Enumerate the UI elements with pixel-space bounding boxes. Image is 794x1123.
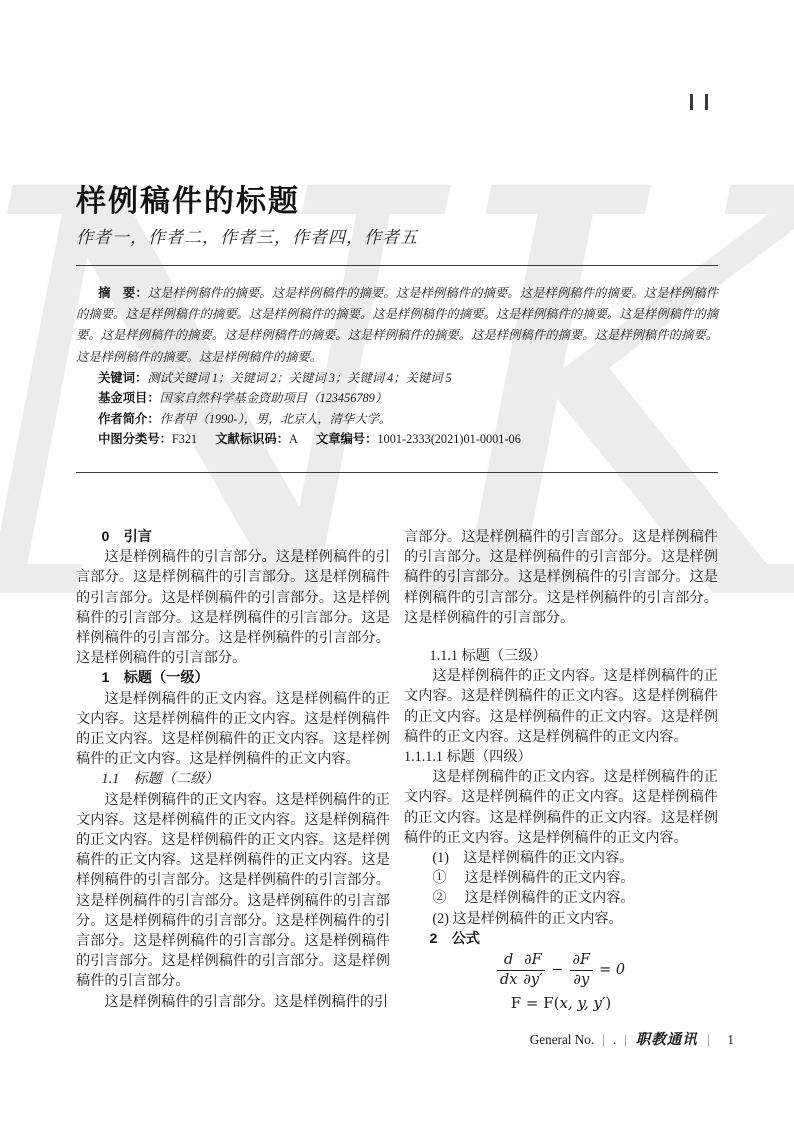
keywords-label: 关键词： — [98, 371, 147, 385]
section-heading-level1: 1 标题（一级） — [76, 668, 390, 688]
keywords-text: 测试关键词 1；关键词 2；关键词 3；关键词 4；关键词 5 — [147, 371, 451, 385]
horizontal-rule-bottom — [76, 472, 718, 473]
doc-code-value: A — [289, 432, 298, 446]
article-id-value: 1001-2333(2021)01-0001-06 — [377, 432, 520, 446]
footer-dot: . — [613, 1032, 616, 1047]
doc-code-label: 文献标识码： — [215, 432, 289, 446]
paragraph-continued: 言部分。这是样例稿件的引言部分。这是样例稿件的引言部分。这是样例稿件的引言部分。… — [404, 527, 718, 628]
list-item: (1) 这是样例稿件的正文内容。 — [404, 848, 718, 868]
author-bio-line: 作者简介：作者甲（1990-），男，北京人，清华大学。 — [76, 409, 718, 429]
footer-general-no: General No. — [530, 1032, 594, 1047]
section-heading-level1: 0 引言 — [76, 527, 390, 547]
article-id-label: 文章编号： — [316, 432, 378, 446]
bio-label: 作者简介： — [98, 412, 160, 426]
right-column: 言部分。这是样例稿件的引言部分。这是样例稿件的引言部分。这是样例稿件的引言部分。… — [404, 527, 718, 1012]
fund-label: 基金项目： — [98, 391, 160, 405]
left-column: 0 引言这是样例稿件的引言部分。这是样例稿件的引言部分。这是样例稿件的引言部分。… — [76, 527, 390, 1012]
page-footer: General No.|.|职教通讯|1 — [404, 1028, 734, 1049]
function-definition-formula: F = F(x, y, y′) — [404, 994, 718, 1012]
paragraph: 这是样例稿件的引言部分。这是样例稿件的引言部分。这是样例稿件的引言部分。这是样例… — [76, 547, 390, 668]
author-list: 作者一，作者二，作者三，作者四，作者五 — [76, 223, 418, 248]
article-title: 样例稿件的标题 — [76, 176, 300, 220]
footer-journal-name: 职教通讯 — [636, 1032, 698, 1048]
footer-separator: | — [603, 1032, 605, 1048]
abstract-paragraph: 摘 要：这是样例稿件的摘要。这是样例稿件的摘要。这是样例稿件的摘要。这是样例稿件… — [76, 283, 718, 368]
clc-value: F321 — [172, 432, 197, 446]
euler-lagrange-formula: ddx∂F∂y′−∂F∂y= 0 — [404, 952, 718, 988]
fund-line: 基金项目：国家自然科学基金资助项目（123456789） — [76, 388, 718, 408]
vertical-bar-icon — [690, 94, 693, 110]
horizontal-rule-top — [76, 265, 718, 266]
list-item: ① 这是样例稿件的正文内容。 — [404, 868, 718, 888]
fraction: ∂F∂y′ — [520, 952, 545, 988]
abstract-text: 这是样例稿件的摘要。这是样例稿件的摘要。这是样例稿件的摘要。这是样例稿件的摘要。… — [76, 286, 718, 364]
footer-separator: | — [625, 1032, 627, 1048]
keywords-line: 关键词：测试关键词 1；关键词 2；关键词 3；关键词 4；关键词 5 — [76, 368, 718, 388]
fund-text: 国家自然科学基金资助项目（123456789） — [160, 391, 388, 405]
vertical-bar-icon — [705, 94, 708, 110]
section-heading-level3: 1.1.1 标题（三级） — [404, 646, 718, 666]
section-heading-level4: 1.1.1.1 标题（四级） — [404, 747, 718, 767]
paragraph: 这是样例稿件的正文内容。这是样例稿件的正文内容。这是样例稿件的正文内容。这是样例… — [76, 689, 390, 770]
bio-text: 作者甲（1990-），男，北京人，清华大学。 — [160, 412, 392, 426]
list-item: ② 这是样例稿件的正文内容。 — [404, 888, 718, 908]
section-heading-level2: 1.1 标题（二级） — [76, 769, 390, 789]
paragraph: 这是样例稿件的正文内容。这是样例稿件的正文内容。这是样例稿件的正文内容。这是样例… — [404, 666, 718, 747]
abstract-label: 摘 要： — [98, 286, 148, 300]
paragraph: 这是样例稿件的正文内容。这是样例稿件的正文内容。这是样例稿件的正文内容。这是样例… — [76, 790, 390, 992]
footer-separator: | — [707, 1032, 709, 1048]
content-layer: 样例稿件的标题 作者一，作者二，作者三，作者四，作者五 摘 要：这是样例稿件的摘… — [0, 0, 794, 1123]
document-page: CNKI 样例稿件的标题 作者一，作者二，作者三，作者四，作者五 摘 要：这是样… — [0, 0, 794, 1123]
issue-placeholder-bars — [690, 94, 720, 115]
section-heading-level1: 2 公式 — [404, 929, 718, 949]
paragraph: 这是样例稿件的正文内容。这是样例稿件的正文内容。这是样例稿件的正文内容。这是样例… — [404, 767, 718, 848]
fraction: ∂F∂y — [570, 952, 594, 988]
fraction: ddx — [497, 952, 520, 988]
classification-line: 中图分类号：F321文献标识码：A文章编号：1001-2333(2021)01-… — [76, 429, 718, 449]
front-matter: 摘 要：这是样例稿件的摘要。这是样例稿件的摘要。这是样例稿件的摘要。这是样例稿件… — [76, 283, 718, 449]
clc-label: 中图分类号： — [98, 432, 172, 446]
paragraph: 这是样例稿件的引言部分。这是样例稿件的引 — [76, 992, 390, 1012]
list-item: (2) 这是样例稿件的正文内容。 — [404, 909, 718, 929]
footer-page-number: 1 — [727, 1032, 734, 1047]
